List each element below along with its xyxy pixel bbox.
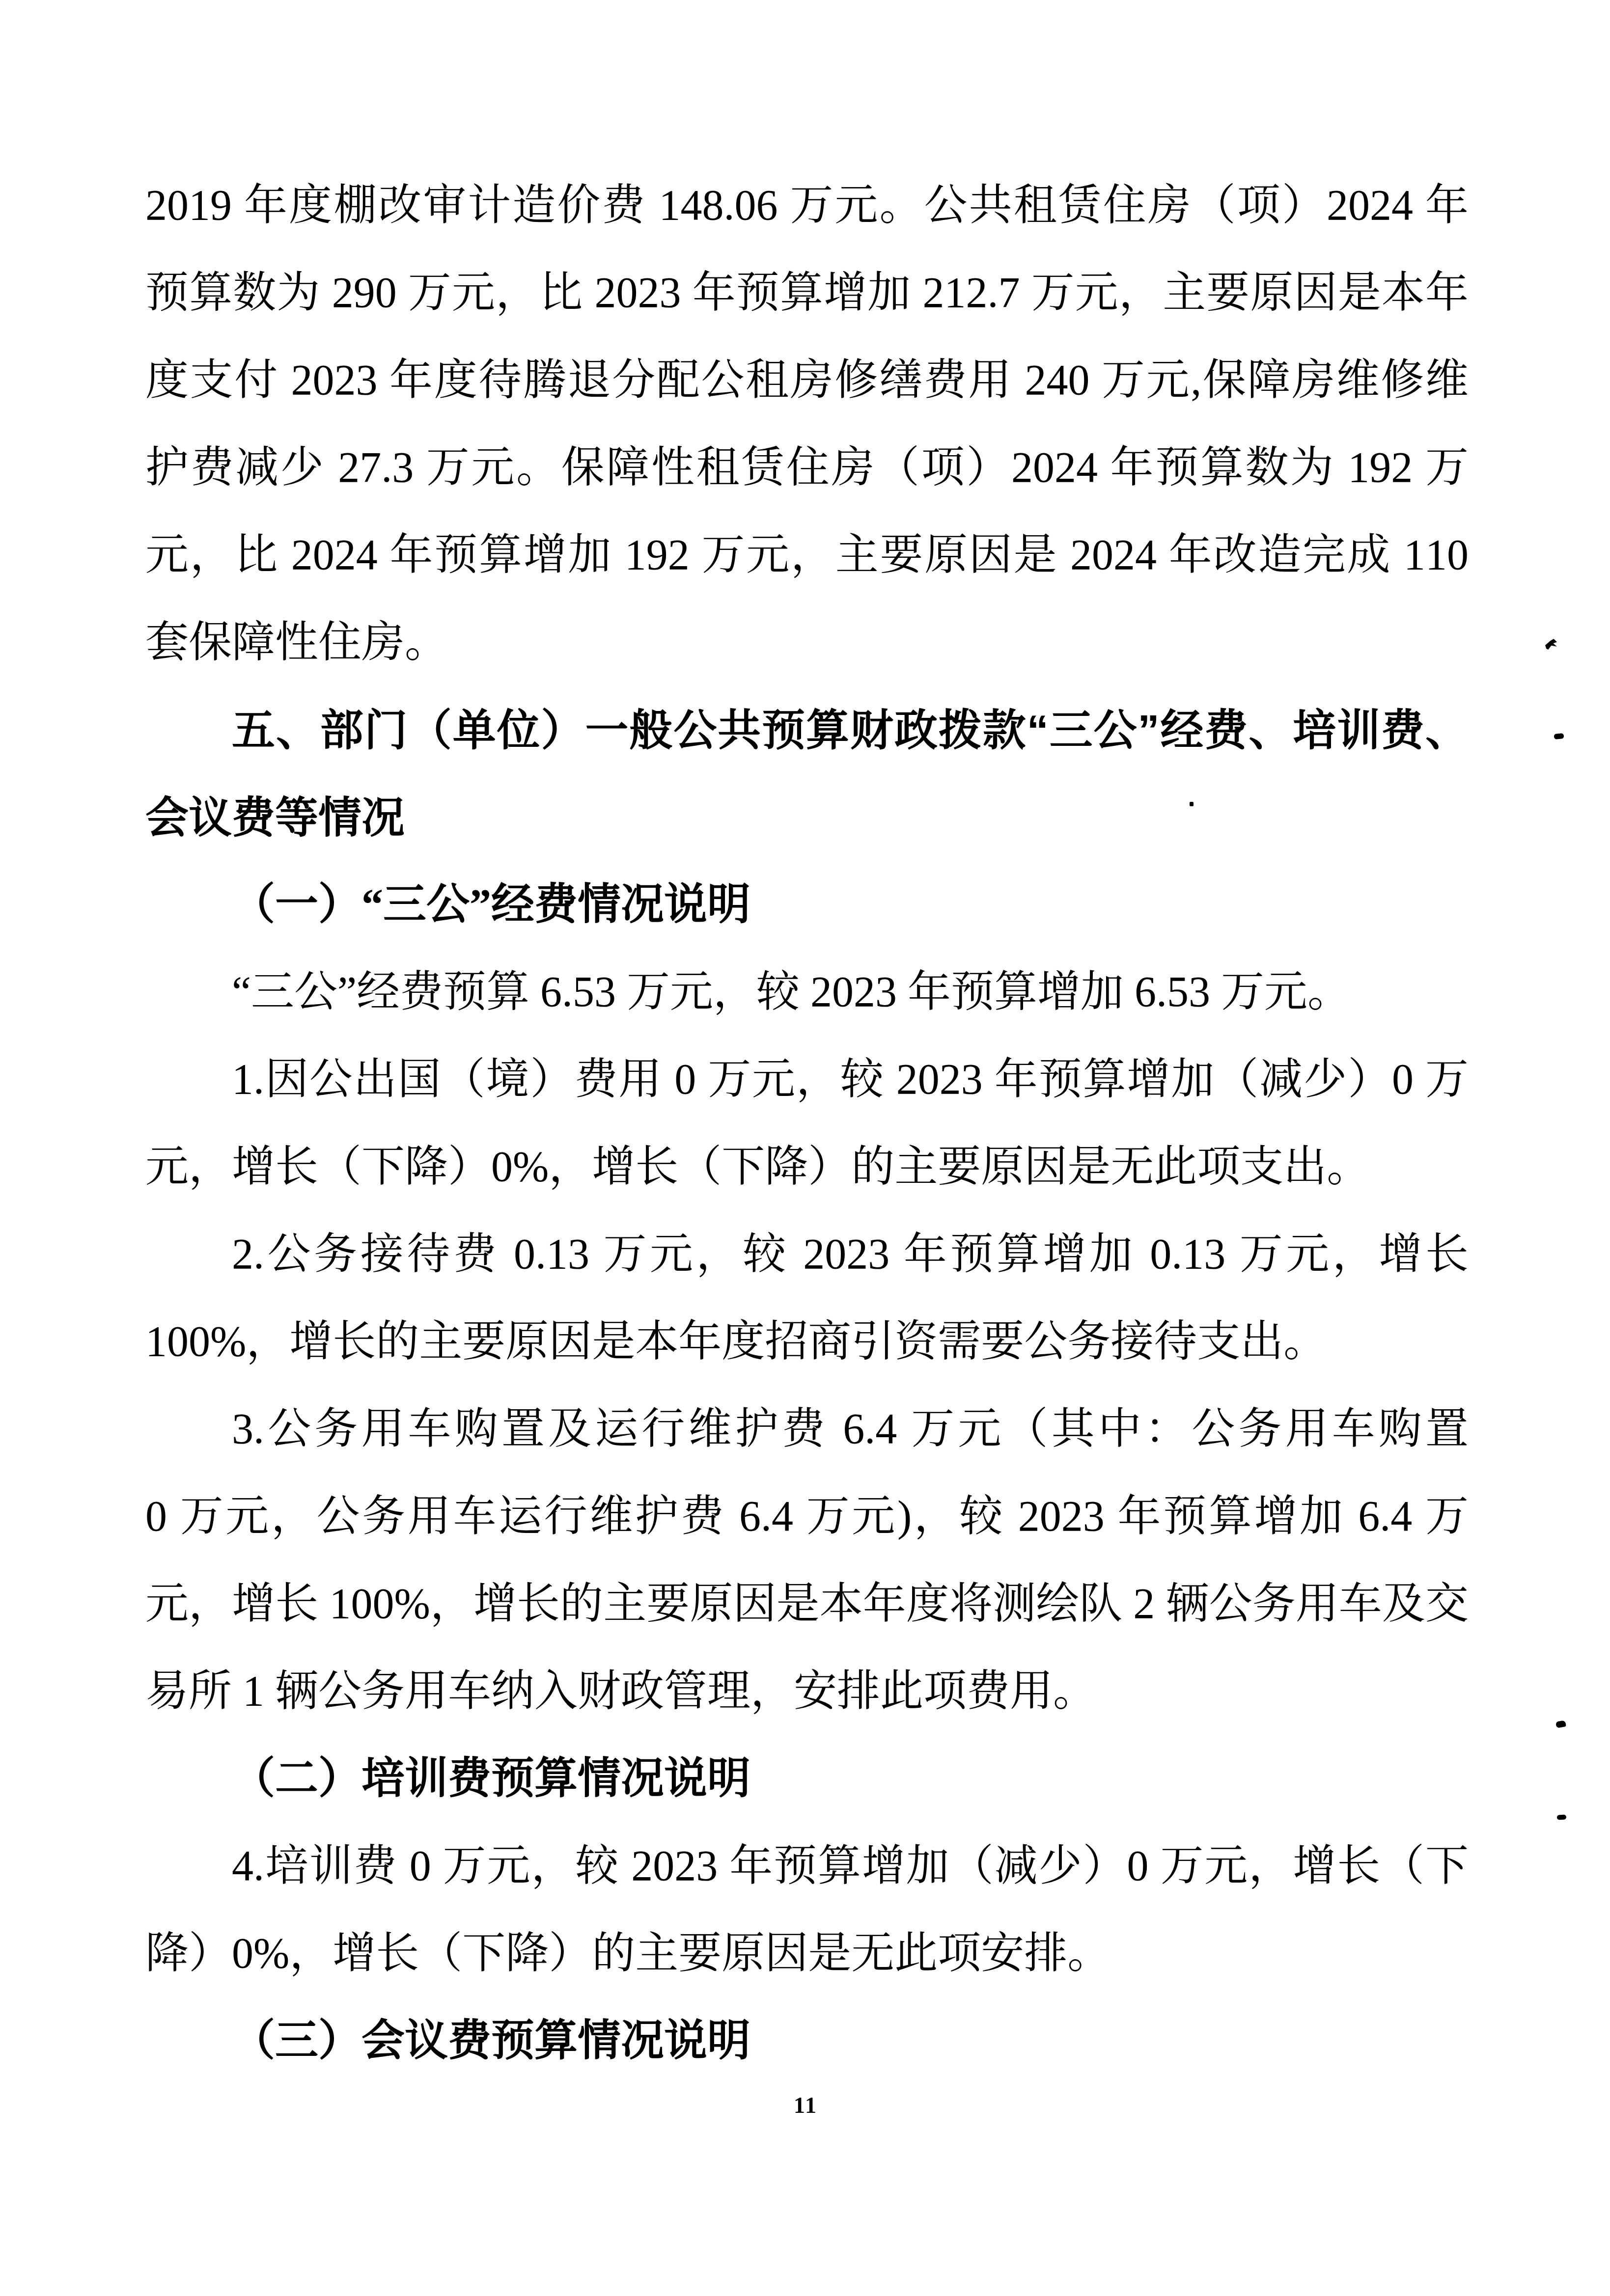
body-text-line: 元，增长（下降）0%，增长（下降）的主要原因是无此项支出。 [145,1123,1469,1211]
body-text-line: 降）0%，增长（下降）的主要原因是无此项安排。 [145,1910,1469,1997]
subsection-heading-line: （三）会议费预算情况说明 [145,1997,1469,2085]
body-text-line: 预算数为 290 万元，比 2023 年预算增加 212.7 万元，主要原因是本… [145,249,1469,337]
body-text-line: 1.因公出国（境）费用 0 万元，较 2023 年预算增加（减少）0 万 [145,1036,1469,1123]
ink-speck [1555,1720,1566,1728]
body-text-line: 易所 1 辆公务用车纳入财政管理，安排此项费用。 [145,1648,1469,1735]
section-heading-line: 会议费等情况 [145,774,1469,861]
body-text-line: 2.公务接待费 0.13 万元，较 2023 年预算增加 0.13 万元，增长 [145,1211,1469,1298]
ink-speck [1545,639,1557,650]
body-text-line: 护费减少 27.3 万元。保障性租赁住房（项）2024 年预算数为 192 万 [145,424,1469,512]
page-number: 11 [0,2093,1610,2118]
body-text-line: 2019 年度棚改审计造价费 148.06 万元。公共租赁住房（项）2024 年 [145,162,1469,249]
ink-speck [1554,733,1564,739]
body-text-line: 3.公务用车购置及运行维护费 6.4 万元（其中：公务用车购置 [145,1386,1469,1473]
subsection-heading-line: （一）“三公”经费情况说明 [145,861,1469,949]
body-text-line: 度支付 2023 年度待腾退分配公租房修缮费用 240 万元,保障房维修维 [145,337,1469,424]
ink-speck [1190,802,1194,806]
body-text-line: 100%，增长的主要原因是本年度招商引资需要公务接待支出。 [145,1298,1469,1386]
body-text-line: 元，比 2024 年预算增加 192 万元，主要原因是 2024 年改造完成 1… [145,512,1469,599]
body-text-line: 套保障性住房。 [145,599,1469,686]
body-text-line: 0 万元，公务用车运行维护费 6.4 万元)，较 2023 年预算增加 6.4 … [145,1473,1469,1560]
body-text-line: 4.培训费 0 万元，较 2023 年预算增加（减少）0 万元，增长（下 [145,1823,1469,1910]
body-text-line: 元，增长 100%，增长的主要原因是本年度将测绘队 2 辆公务用车及交 [145,1560,1469,1648]
subsection-heading-line: （二）培训费预算情况说明 [145,1735,1469,1823]
ink-speck [1557,1814,1567,1820]
body-text-line: “三公”经费预算 6.53 万元，较 2023 年预算增加 6.53 万元。 [145,949,1469,1036]
text-block: 2019 年度棚改审计造价费 148.06 万元。公共租赁住房（项）2024 年… [145,162,1469,2085]
section-heading-line: 五、部门（单位）一般公共预算财政拨款“三公”经费、培训费、 [145,686,1469,774]
scanned-document-page: 2019 年度棚改审计造价费 148.06 万元。公共租赁住房（项）2024 年… [0,0,1610,2296]
